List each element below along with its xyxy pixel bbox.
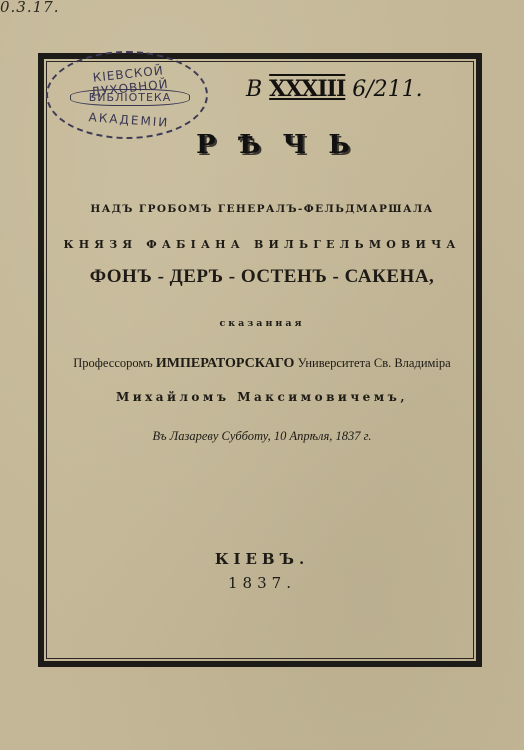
call-number-roman: XXXIII — [269, 76, 345, 102]
call-number: В XXXIII 6/211. — [246, 76, 423, 102]
affiliation-part-2: ИМПЕРАТОРСКАГО — [156, 356, 295, 371]
author-affiliation: Профессоромъ ИМПЕРАТОРСКАГО Университета… — [0, 356, 524, 372]
subtitle-line-2: КНЯЗЯ ФАБІАНА ВИЛЬГЕЛЬМОВИЧА — [0, 238, 524, 251]
call-number-fraction: 6/211. — [352, 77, 422, 102]
imprint-year: 1837. — [0, 574, 524, 592]
date-line: Въ Лазареву Субботу, 10 Апрѣля, 1837 г. — [0, 429, 524, 444]
subject-name: ФОНЪ - ДЕРЪ - ОСТЕНЪ - САКЕНА, — [0, 266, 524, 288]
author-name: Михайломъ Максимовичемъ, — [0, 390, 524, 404]
affiliation-part-1: Профессоромъ — [73, 356, 156, 370]
stamp-bottom-text: АКАДЕМІИ — [68, 109, 191, 131]
subtitle-line-1: НАДЪ ГРОБОМЪ ГЕНЕРАЛЪ-ФЕЛЬДМАРШАЛА — [0, 203, 524, 215]
stamp-middle-text: БИБЛІОТЕКА — [70, 89, 190, 106]
library-stamp: КІЕВСКОЙ ДУХОВНОЙ БИБЛІОТЕКА АКАДЕМІИ — [46, 51, 208, 139]
delivered-by-label: сказанная — [0, 318, 524, 329]
shelf-mark: 0.3.17. — [0, 0, 59, 16]
call-number-prefix: В — [246, 77, 262, 102]
document-title: РѢЧЬ — [0, 130, 524, 160]
imprint-city: КІЕВЪ. — [0, 550, 524, 568]
affiliation-part-3: Университета Св. Владиміра — [294, 356, 450, 370]
